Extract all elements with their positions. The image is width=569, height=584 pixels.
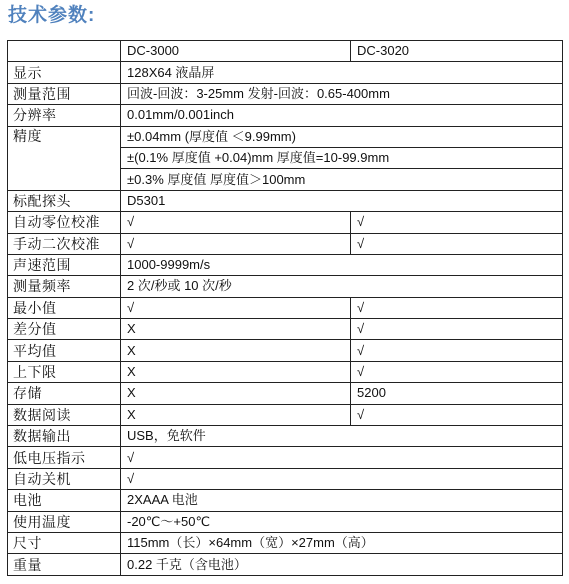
table-row-battery: 电池 2XAAA 电池 bbox=[8, 490, 563, 511]
table-row-display: 显示 128X64 液晶屏 bbox=[8, 62, 563, 83]
table-row-range: 测量范围 回波-回波：3-25mm 发射-回波：0.65-400mm bbox=[8, 83, 563, 104]
dc3020-value: 5200 bbox=[351, 383, 563, 404]
row-label: 存储 bbox=[8, 383, 121, 404]
table-row-diff: 差分值 X √ bbox=[8, 319, 563, 340]
row-label: 重量 bbox=[8, 554, 121, 575]
table-row-probe: 标配探头 D5301 bbox=[8, 190, 563, 211]
row-label: 平均值 bbox=[8, 340, 121, 361]
table-row-resolution: 分辨率 0.01mm/0.001inch bbox=[8, 105, 563, 126]
row-value: 2XAAA 电池 bbox=[121, 490, 563, 511]
spec-table: DC-3000 DC-3020 显示 128X64 液晶屏 测量范围 回波-回波… bbox=[7, 40, 563, 576]
table-row-accuracy: 精度 ±0.04mm (厚度值 ＜9.99mm) bbox=[8, 126, 563, 147]
table-row-auto-off: 自动关机 √ bbox=[8, 468, 563, 489]
row-value: ±(0.1% 厚度值 +0.04)mm 厚度值=10-99.9mm bbox=[121, 147, 563, 168]
row-value: 2 次/秒或 10 次/秒 bbox=[121, 276, 563, 297]
dc3000-value: X bbox=[121, 340, 351, 361]
row-value: 115mm（长）×64mm（宽）×27mm（高） bbox=[121, 532, 563, 553]
table-row-limits: 上下限 X √ bbox=[8, 361, 563, 382]
row-label: 精度 bbox=[8, 126, 121, 190]
row-label: 上下限 bbox=[8, 361, 121, 382]
table-row-data-read: 数据阅读 X √ bbox=[8, 404, 563, 425]
row-label: 电池 bbox=[8, 490, 121, 511]
row-label: 分辨率 bbox=[8, 105, 121, 126]
row-label: 尺寸 bbox=[8, 532, 121, 553]
row-label: 使用温度 bbox=[8, 511, 121, 532]
row-value: √ bbox=[121, 447, 563, 468]
header-model-dc3000: DC-3000 bbox=[121, 41, 351, 62]
dc3000-value: X bbox=[121, 404, 351, 425]
table-row-velocity: 声速范围 1000-9999m/s bbox=[8, 254, 563, 275]
table-row-data-output: 数据输出 USB，免软件 bbox=[8, 426, 563, 447]
row-value: 128X64 液晶屏 bbox=[121, 62, 563, 83]
header-model-dc3020: DC-3020 bbox=[351, 41, 563, 62]
dc3020-value: √ bbox=[351, 233, 563, 254]
row-value: -20℃～+50℃ bbox=[121, 511, 563, 532]
row-label: 手动二次校准 bbox=[8, 233, 121, 254]
table-row-weight: 重量 0.22 千克（含电池） bbox=[8, 554, 563, 575]
row-label: 测量频率 bbox=[8, 276, 121, 297]
dc3000-value: √ bbox=[121, 233, 351, 254]
row-value: √ bbox=[121, 468, 563, 489]
dc3000-value: X bbox=[121, 361, 351, 382]
row-value: USB，免软件 bbox=[121, 426, 563, 447]
table-row-auto-zero: 自动零位校准 √ √ bbox=[8, 212, 563, 233]
dc3020-value: √ bbox=[351, 361, 563, 382]
row-label: 数据输出 bbox=[8, 426, 121, 447]
header-label-cell bbox=[8, 41, 121, 62]
section-title: 技术参数: bbox=[8, 4, 95, 28]
table-row-size: 尺寸 115mm（长）×64mm（宽）×27mm（高） bbox=[8, 532, 563, 553]
row-label: 自动关机 bbox=[8, 468, 121, 489]
row-label: 最小值 bbox=[8, 297, 121, 318]
dc3000-value: X bbox=[121, 319, 351, 340]
row-label: 显示 bbox=[8, 62, 121, 83]
table-row-storage: 存储 X 5200 bbox=[8, 383, 563, 404]
row-value: D5301 bbox=[121, 190, 563, 211]
table-header-row: DC-3000 DC-3020 bbox=[8, 41, 563, 62]
row-label: 数据阅读 bbox=[8, 404, 121, 425]
row-value: ±0.3% 厚度值 厚度值＞100mm bbox=[121, 169, 563, 190]
table-row-low-voltage: 低电压指示 √ bbox=[8, 447, 563, 468]
dc3020-value: √ bbox=[351, 297, 563, 318]
row-label: 低电压指示 bbox=[8, 447, 121, 468]
row-value: 1000-9999m/s bbox=[121, 254, 563, 275]
dc3000-value: √ bbox=[121, 212, 351, 233]
row-label: 自动零位校准 bbox=[8, 212, 121, 233]
table-row-frequency: 测量频率 2 次/秒或 10 次/秒 bbox=[8, 276, 563, 297]
row-value: 0.22 千克（含电池） bbox=[121, 554, 563, 575]
dc3020-value: √ bbox=[351, 212, 563, 233]
table-row-manual-calib: 手动二次校准 √ √ bbox=[8, 233, 563, 254]
row-value: 回波-回波：3-25mm 发射-回波：0.65-400mm bbox=[121, 83, 563, 104]
dc3000-value: X bbox=[121, 383, 351, 404]
row-label: 标配探头 bbox=[8, 190, 121, 211]
table-row-temperature: 使用温度 -20℃～+50℃ bbox=[8, 511, 563, 532]
row-label: 测量范围 bbox=[8, 83, 121, 104]
dc3020-value: √ bbox=[351, 340, 563, 361]
row-label: 声速范围 bbox=[8, 254, 121, 275]
table-row-average: 平均值 X √ bbox=[8, 340, 563, 361]
row-value: 0.01mm/0.001inch bbox=[121, 105, 563, 126]
dc3020-value: √ bbox=[351, 319, 563, 340]
dc3020-value: √ bbox=[351, 404, 563, 425]
row-value: ±0.04mm (厚度值 ＜9.99mm) bbox=[121, 126, 563, 147]
row-label: 差分值 bbox=[8, 319, 121, 340]
table-row-min: 最小值 √ √ bbox=[8, 297, 563, 318]
dc3000-value: √ bbox=[121, 297, 351, 318]
